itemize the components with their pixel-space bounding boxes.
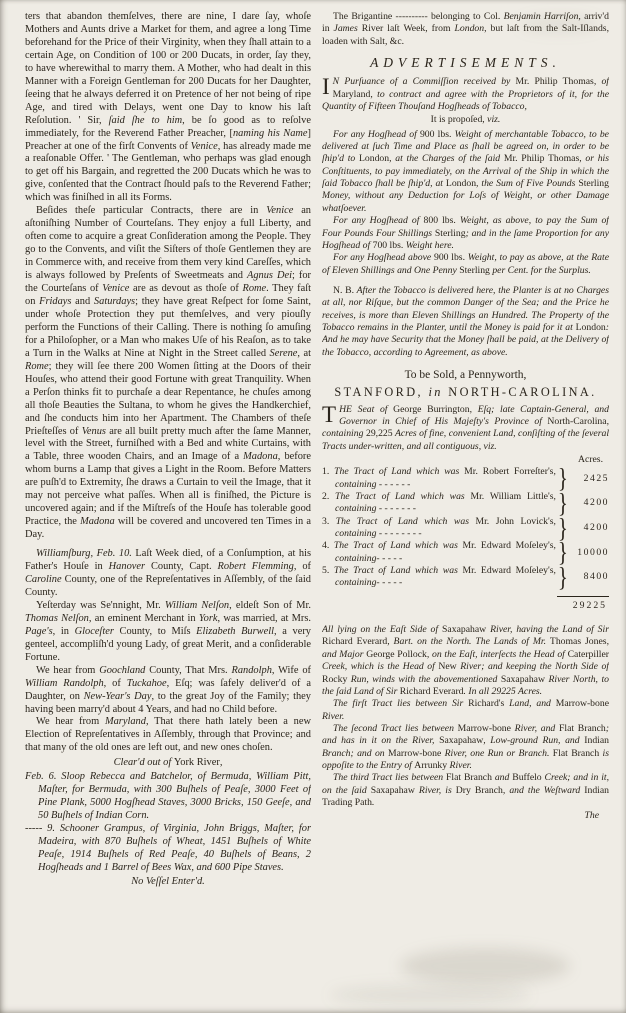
text-run: Land, and xyxy=(504,698,555,709)
emphasized-text: Marrow-bone xyxy=(388,748,441,759)
emphasized-text: Dry Branch xyxy=(456,785,503,796)
no-vessel-entered-line: No Veſſel Enter'd. xyxy=(25,876,311,889)
emphasized-text: Marrow-bone xyxy=(458,723,511,734)
emphasized-text: Indian xyxy=(584,735,609,746)
emphasized-text: London xyxy=(576,322,606,333)
text-run: Acres. xyxy=(578,454,603,465)
emphasized-text: Randolph xyxy=(231,665,271,676)
text-run: Feb. 6. Sloop Rebecca and Batchelor, of … xyxy=(25,771,311,821)
text-run: are as devout as thoſe of xyxy=(129,283,242,294)
emphasized-text: New-Year's Day xyxy=(84,691,152,702)
text-run: For any Hogſhead of xyxy=(333,129,420,140)
brigantine-arrival-news: The Brigantine ---------- belonging to C… xyxy=(322,11,609,48)
emphasized-text: London xyxy=(455,23,485,34)
emphasized-text: Mr. Edward Moſeley's xyxy=(463,565,554,576)
emphasized-text: George Burrington xyxy=(393,404,470,415)
emphasized-text: Madona xyxy=(243,451,278,462)
terms-800lbs-paragraph: For any Hogſhead of 800 lbs. Weight, as … xyxy=(322,215,609,252)
text-run: The ſecond Tract lies between xyxy=(333,723,458,734)
tract-acreage-value: 2425 xyxy=(569,473,609,485)
tract-description: 2. The Tract of Land which was Mr. Willi… xyxy=(322,491,556,516)
text-run: River. xyxy=(322,711,344,722)
text-run: No Veſſel Enter'd. xyxy=(131,876,205,887)
text-run: , was married, at Mrs. xyxy=(218,613,311,624)
emphasized-text: William Nelſon xyxy=(165,600,229,611)
emphasized-text: Serene xyxy=(270,348,298,359)
emphasized-text: York River xyxy=(174,757,220,768)
emphasized-text: Flat Branch xyxy=(446,772,492,783)
text-run: River, one Run or Branch. xyxy=(441,748,553,759)
catchword: The xyxy=(322,810,609,822)
terms-surplus-paragraph: For any Hogſhead above 900 lbs. Weight, … xyxy=(322,252,609,277)
emphasized-text: Mr. John Lovick's xyxy=(475,516,553,527)
emphasized-text: North-Carolina xyxy=(547,416,606,427)
text-run: and xyxy=(71,296,93,307)
emphasized-text: Richard Everard xyxy=(400,686,464,697)
text-run: For any Hogſhead above xyxy=(333,252,434,263)
text-run: , Bart. on the North. The Lands of Mr. xyxy=(387,636,550,647)
emphasized-text: Rome xyxy=(25,361,49,372)
text-run: Branch; and on xyxy=(322,748,388,759)
emphasized-text: Agnus Dei xyxy=(247,270,292,281)
emphasized-text: Sterling xyxy=(435,228,466,239)
text-run: County, to Miſs xyxy=(114,626,196,637)
land-boundaries-paragraph: All lying on the Eaſt Side of Saxapahaw … xyxy=(322,624,609,698)
emphasized-text: William Randolph xyxy=(25,678,104,689)
williamsburg-dateline-news: Williamſburg, Feb. 10. Laſt Week died, o… xyxy=(25,548,311,600)
text-run: Clear'd out of xyxy=(114,757,174,768)
text-run: NORTH-CAROLINA. xyxy=(443,385,597,399)
text-run: Run, winds with the abovementioned xyxy=(347,674,501,685)
emphasized-text: Caroline xyxy=(25,574,62,585)
text-run: The xyxy=(584,810,599,821)
text-run: River; and keeping the North Side of xyxy=(457,661,609,672)
text-run: The third Tract lies between xyxy=(333,772,446,783)
emphasized-text: Page's xyxy=(25,626,53,637)
emphasized-text: Arrunky xyxy=(414,760,447,771)
tobacco-commission-intro: IN Purſuance of a Commiſſion received by… xyxy=(322,76,609,113)
emphasized-text: Tuckahoe xyxy=(127,678,167,689)
emphasized-text: Saxapahaw xyxy=(442,624,486,635)
emphasized-text: Maryland xyxy=(105,716,146,727)
text-run: The Tract of Land which was xyxy=(329,565,462,576)
second-tract-paragraph: The ſecond Tract lies between Marrow-bon… xyxy=(322,723,609,772)
text-run: All lying on the Eaſt Side of xyxy=(322,624,442,635)
text-run: , at xyxy=(297,348,311,359)
emphasized-text: Buffelo xyxy=(512,772,541,783)
emphasized-text: 800 lbs. xyxy=(424,215,456,226)
emphasized-text: Elizabeth Burwell xyxy=(196,626,274,637)
emphasized-text: James xyxy=(334,23,358,34)
text-run: , an eminent Merchant in xyxy=(89,613,199,624)
emphasized-text: Flat Branch xyxy=(553,748,599,759)
text-run: , on the Eaſt, interſects the Head of xyxy=(427,649,568,660)
text-run: , and the Weſtward xyxy=(503,785,584,796)
emphasized-text: ſaid ſhe to him xyxy=(109,115,183,126)
emphasized-text: Gloceſter xyxy=(75,626,114,637)
emphasized-text: 700 lbs. xyxy=(373,240,404,251)
drop-cap: T xyxy=(322,404,339,425)
tract-acreage-value: 8400 xyxy=(569,571,609,583)
advertisements-heading: ADVERTISEMENTS. xyxy=(322,57,609,69)
emphasized-text: Mr. Robert Forreſter's xyxy=(464,466,553,477)
total-acreage-value: 29225 xyxy=(557,596,609,612)
drop-cap: I xyxy=(322,76,333,97)
emphasized-text: in xyxy=(428,385,442,399)
text-run: The Brigantine ---------- belonging to C… xyxy=(333,11,504,22)
emphasized-text: Mr. Edward Moſeley's xyxy=(463,540,554,551)
text-run: Creek, which is the Head of xyxy=(322,661,438,672)
tract-acreage-value: 4200 xyxy=(569,497,609,509)
brace-glyph: } xyxy=(556,564,569,591)
emphasized-text: Flat Branch xyxy=(559,723,606,734)
text-run: Weight here. xyxy=(403,240,454,251)
text-run: The Tract of Land which was xyxy=(329,516,475,527)
text-run: , in xyxy=(53,626,75,637)
emphasized-text: viz. xyxy=(487,114,500,125)
text-run: N Purſuance of a Commiſſion received by xyxy=(333,76,516,87)
text-run: , at the Charges of the ſaid xyxy=(389,153,504,164)
text-run: For any Hogſhead of xyxy=(333,215,424,226)
text-run: The Tract of Land which was xyxy=(329,540,462,551)
emphasized-text: Hanover xyxy=(109,561,145,572)
text-run: , of xyxy=(294,561,311,572)
text-run: River. xyxy=(447,760,472,771)
cleared-out-of-york-river-heading: Clear'd out of York River, xyxy=(25,757,311,770)
text-run: The Tract of Land which was xyxy=(329,466,464,477)
emphasized-text: Richard Everard xyxy=(322,636,387,647)
text-run: River, having the Land of Sir xyxy=(486,624,609,635)
text-run: We hear from xyxy=(36,665,99,676)
text-run: Yeſterday was Se'nnight, Mr. xyxy=(36,600,165,611)
emphasized-text: 29,225 xyxy=(366,428,393,439)
emphasized-text: London xyxy=(446,178,476,189)
emphasized-text: Sterling xyxy=(578,178,609,189)
emphasized-text: Thomas Nelſon xyxy=(25,613,89,624)
stanford-estate-intro: THE Seat of George Burrington, Eſq; late… xyxy=(322,404,609,453)
text-run: , the Sum of Five Pounds xyxy=(476,178,578,189)
emphasized-text: Venus xyxy=(82,426,106,437)
text-run: . In all 29225 Acres. xyxy=(464,686,543,697)
clearance-entry-sloop-rebecca: Feb. 6. Sloop Rebecca and Batchelor, of … xyxy=(25,771,311,823)
text-run: ADVERTISEMENTS. xyxy=(370,55,561,70)
right-column: The Brigantine ---------- belonging to C… xyxy=(322,11,609,1005)
text-run: , Low-ground Run, and xyxy=(483,735,584,746)
emphasized-text: George Pollock xyxy=(366,649,427,660)
emphasized-text: Thomas Jones xyxy=(550,636,607,647)
emphasized-text: Maryland xyxy=(333,89,371,100)
left-column: ters that abandon themſelves, there are … xyxy=(25,11,311,1005)
terms-900lbs-paragraph: For any Hogſhead of 900 lbs. Weight of m… xyxy=(322,129,609,215)
nelson-marriage-news: Yeſterday was Se'nnight, Mr. William Nel… xyxy=(25,600,311,665)
emphasized-text: 900 lbs. xyxy=(434,252,465,263)
emphasized-text: Venice xyxy=(266,205,293,216)
emphasized-text: Venice xyxy=(191,141,218,152)
goochland-birth-news: We hear from Goochland County, That Mrs.… xyxy=(25,665,311,717)
text-run: ters that abandon themſelves, there are … xyxy=(25,11,311,126)
text-run: HE Seat of xyxy=(339,404,393,415)
text-run: , of xyxy=(104,678,127,689)
emphasized-text: Benjamin Harriſon xyxy=(504,11,579,22)
text-run: River, is xyxy=(415,785,456,796)
text-run: Money, without any Deduction for Loſs of… xyxy=(322,190,609,213)
text-run: We hear from xyxy=(36,716,105,727)
continued-story-paragraph: ters that abandon themſelves, there are … xyxy=(25,11,311,205)
text-run: per Cent. for the Surplus. xyxy=(490,265,591,276)
emphasized-text: Goochland xyxy=(99,665,145,676)
text-run: STANFORD, xyxy=(334,385,428,399)
text-run: and xyxy=(492,772,512,783)
emphasized-text: Caterpiller xyxy=(568,649,609,660)
text-run: The firſt Tract lies between Sir xyxy=(333,698,468,709)
stanford-heading: STANFORD, in NORTH-CAROLINA. xyxy=(322,386,609,398)
text-run: , of xyxy=(594,76,609,87)
tract-item-5: 5. The Tract of Land which was Mr. Edwar… xyxy=(322,565,609,590)
text-run: . xyxy=(372,797,374,808)
emphasized-text: Richard's xyxy=(468,698,504,709)
text-run: The Tract of Land which was xyxy=(329,491,470,502)
emphasized-text: Sterling xyxy=(459,265,490,276)
text-run: After the Tobacco is delivered here, the… xyxy=(322,285,609,333)
emphasized-text: Fridays xyxy=(39,296,71,307)
text-run: River, and xyxy=(511,723,559,734)
tract-description: 4. The Tract of Land which was Mr. Edwar… xyxy=(322,540,556,565)
text-run: River laſt Week, from xyxy=(358,23,455,34)
emphasized-text: Saxapahaw xyxy=(501,674,545,685)
emphasized-text: Robert Flemming xyxy=(218,561,294,572)
emphasized-text: London xyxy=(359,153,389,164)
emphasized-text: Venice xyxy=(102,283,129,294)
emphasized-text: Mr. Philip Thomas xyxy=(516,76,594,87)
text-run: County, That Mrs. xyxy=(145,665,231,676)
text-run: Beſides theſe particular Contracts, ther… xyxy=(36,205,266,216)
text-run: County, one of the Repreſentatives in Aſ… xyxy=(25,574,311,598)
tract-description: 3. The Tract of Land which was Mr. John … xyxy=(322,516,556,541)
newspaper-page: ters that abandon themſelves, there are … xyxy=(0,0,626,1013)
maryland-election-news: We hear from Maryland, That there hath l… xyxy=(25,716,311,755)
emphasized-text: naming his Name xyxy=(233,128,308,139)
clearance-entry-schooner-grampus: ----- 9. Schooner Grampus, of Virginia, … xyxy=(25,823,311,875)
tract-acreage-value: 4200 xyxy=(569,522,609,534)
text-run: It is propoſed, xyxy=(431,114,488,125)
tract-acreage-value: 10000 xyxy=(569,547,609,559)
emphasized-text: Mr. William Little's xyxy=(470,491,553,502)
text-run: County, Capt. xyxy=(145,561,217,572)
emphasized-text: N. B. xyxy=(333,285,354,296)
venice-courtesans-paragraph: Beſides theſe particular Contracts, ther… xyxy=(25,205,311,542)
to-be-sold-heading: To be Sold, a Pennyworth, xyxy=(322,369,609,381)
emphasized-text: Saturdays xyxy=(94,296,135,307)
tract-description: 5. The Tract of Land which was Mr. Edwar… xyxy=(322,565,556,590)
emphasized-text: Saxapahaw xyxy=(371,785,415,796)
third-tract-paragraph: The third Tract lies between Flat Branch… xyxy=(322,772,609,809)
emphasized-text: Rome xyxy=(242,283,266,294)
first-tract-paragraph: The firſt Tract lies between Sir Richard… xyxy=(322,698,609,723)
text-run: To be Sold, a Pennyworth, xyxy=(405,369,527,381)
tract-acreage-total: 29225 xyxy=(322,596,609,612)
text-run: , xyxy=(220,757,223,768)
emphasized-text: Mr. Philip Thomas xyxy=(504,153,579,164)
text-run: , Wife of xyxy=(272,665,311,676)
emphasized-text: Marrow-bone xyxy=(556,698,609,709)
emphasized-text: New xyxy=(438,661,456,672)
text-run: ----- 9. Schooner Grampus, of Virginia, … xyxy=(25,823,311,873)
it-is-proposed-line: It is propoſed, viz. xyxy=(322,114,609,126)
tract-description: 1. The Tract of Land which was Mr. Rober… xyxy=(322,466,556,491)
emphasized-text: York xyxy=(199,613,218,624)
emphasized-text: 900 lbs. xyxy=(420,129,451,140)
emphasized-text: Madona xyxy=(80,516,115,527)
emphasized-text: Williamſburg, Feb. 10. xyxy=(36,548,132,559)
emphasized-text: Saxapahaw xyxy=(439,735,483,746)
text-run: , eldeſt Son of Mr. xyxy=(229,600,311,611)
emphasized-text: Rocky xyxy=(322,674,347,685)
nota-bene-paragraph: N. B. After the Tobacco is delivered her… xyxy=(322,285,609,359)
